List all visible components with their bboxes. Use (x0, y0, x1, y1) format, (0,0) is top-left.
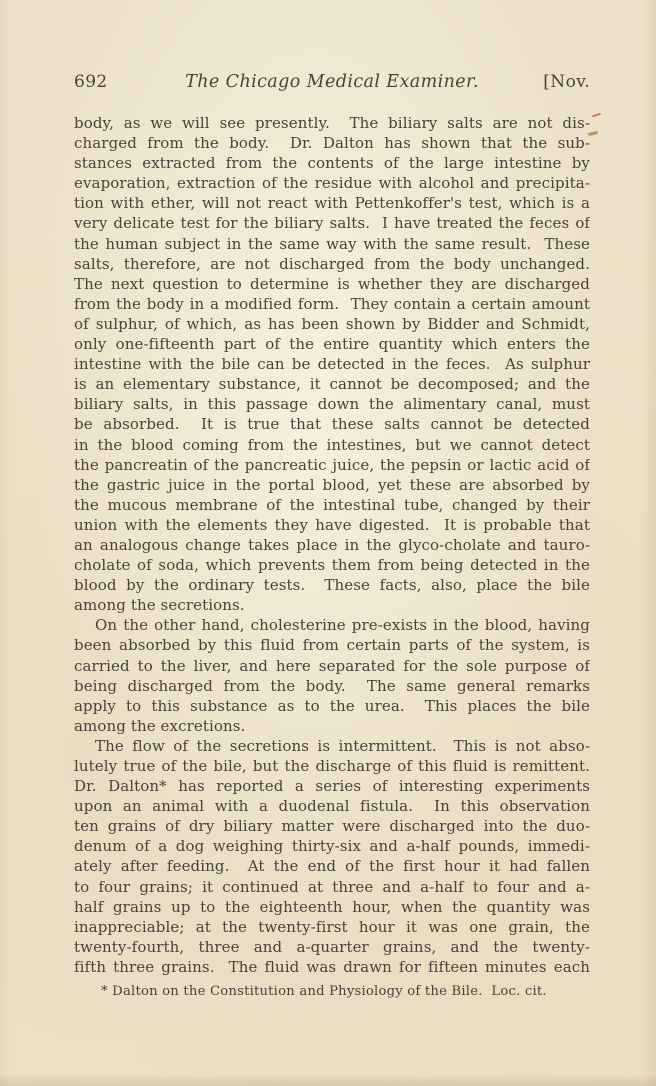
text-line: ately after feeding. At the end of the f… (74, 856, 590, 876)
text-line: biliary salts, in this passage down the … (74, 394, 590, 414)
text-line: been absorbed by this fluid from certain… (74, 635, 590, 655)
text-line: apply to this substance as to the urea. … (74, 696, 590, 716)
text-line: The flow of the secretions is intermitte… (74, 736, 590, 756)
text-line: the mucous membrane of the intestinal tu… (74, 495, 590, 515)
paragraph: On the other hand, cholesterine pre-exis… (74, 615, 590, 736)
scan-edge-right (642, 0, 656, 1086)
text-line: the gastric juice in the portal blood, y… (74, 475, 590, 495)
text-line: very delicate test for the biliary salts… (74, 213, 590, 233)
paragraph: The flow of the secretions is intermitte… (74, 736, 590, 977)
text-line: union with the elements they have digest… (74, 515, 590, 535)
text-line: The next question to determine is whethe… (74, 274, 590, 294)
page-content: 692 The Chicago Medical Examiner. [Nov. … (74, 72, 590, 999)
text-line: being discharged from the body. The same… (74, 676, 590, 696)
text-line: from the body in a modified form. They c… (74, 294, 590, 314)
text-line: is an elementary substance, it cannot be… (74, 374, 590, 394)
text-line: carried to the liver, and here separated… (74, 656, 590, 676)
scan-edge-left (0, 0, 10, 1086)
text-line: cholate of soda, which prevents them fro… (74, 555, 590, 575)
text-line: to four grains; it continued at three an… (74, 877, 590, 897)
footnote: * Dalton on the Constitution and Physiol… (74, 984, 590, 999)
stain-mark (592, 113, 601, 118)
text-line: among the secretions. (74, 595, 590, 615)
text-line: lutely true of the bile, but the dischar… (74, 756, 590, 776)
text-line: the human subject in the same way with t… (74, 234, 590, 254)
text-line: denum of a dog weighing thirty-six and a… (74, 836, 590, 856)
text-line: On the other hand, cholesterine pre-exis… (74, 615, 590, 635)
text-line: fifth three grains. The fluid was drawn … (74, 957, 590, 977)
page-number: 692 (74, 72, 162, 92)
text-line: Dr. Dalton* has reported a series of int… (74, 776, 590, 796)
text-line: of sulphur, of which, as has been shown … (74, 314, 590, 334)
text-line: upon an animal with a duodenal fistula. … (74, 796, 590, 816)
text-line: among the excretions. (74, 716, 590, 736)
text-line: tion with ether, will not react with Pet… (74, 193, 590, 213)
issue-month: [Nov. (502, 72, 590, 92)
text-line: ten grains of dry biliary matter were di… (74, 816, 590, 836)
text-line: evaporation, extraction of the residue w… (74, 173, 590, 193)
page-header: 692 The Chicago Medical Examiner. [Nov. (74, 72, 590, 92)
text-line: body, as we will see presently. The bili… (74, 113, 590, 133)
stain-mark (588, 131, 598, 136)
text-line: salts, therefore, are not discharged fro… (74, 254, 590, 274)
text-line: intestine with the bile can be detected … (74, 354, 590, 374)
text-line: be absorbed. It is true that these salts… (74, 414, 590, 434)
text-line: half grains up to the eighteenth hour, w… (74, 897, 590, 917)
text-line: only one-fifteenth part of the entire qu… (74, 334, 590, 354)
text-line: in the blood coming from the intestines,… (74, 435, 590, 455)
text-line: the pancreatin of the pancreatic juice, … (74, 455, 590, 475)
scanned-page: 692 The Chicago Medical Examiner. [Nov. … (0, 0, 656, 1086)
paragraph: body, as we will see presently. The bili… (74, 113, 590, 615)
journal-title: The Chicago Medical Examiner. (162, 72, 502, 92)
text-line: an analogous change takes place in the g… (74, 535, 590, 555)
scan-edge-bottom (0, 1075, 656, 1086)
text-line: stances extracted from the contents of t… (74, 153, 590, 173)
page-body: body, as we will see presently. The bili… (74, 113, 590, 977)
text-line: inappreciable; at the twenty-first hour … (74, 917, 590, 937)
text-line: twenty-fourth, three and a-quarter grain… (74, 937, 590, 957)
text-line: blood by the ordinary tests. These facts… (74, 575, 590, 595)
text-line: charged from the body. Dr. Dalton has sh… (74, 133, 590, 153)
